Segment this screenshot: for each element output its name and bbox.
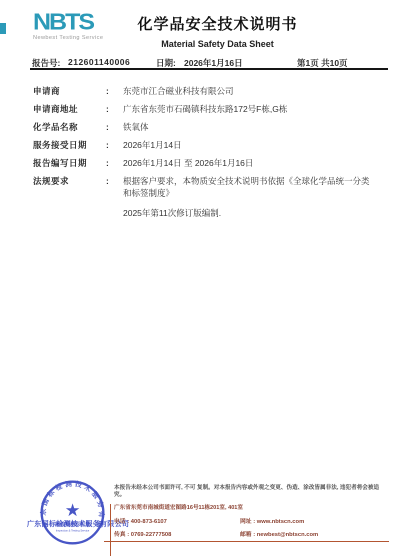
field-label: 申请商 bbox=[33, 85, 106, 97]
report-info-bar: 报告号: 212601140006 日期: 2026年1月16日 第1页 共10… bbox=[30, 56, 388, 70]
field-colon: : bbox=[106, 175, 123, 219]
field-row-applicant-address: 申请商地址 : 广东省东莞市石碣镇科技东路172号F栋,G栋 bbox=[33, 103, 373, 115]
field-colon: : bbox=[106, 157, 123, 169]
field-colon: : bbox=[106, 103, 123, 115]
phone-value: 400-873-6107 bbox=[131, 519, 167, 525]
field-row-service-accept-date: 服务接受日期 : 2026年1月14日 bbox=[33, 139, 373, 151]
field-value: 铁氧体 bbox=[123, 121, 373, 133]
report-no-label: 报告号: bbox=[32, 57, 60, 69]
footer-phone: 电话 : 400-873-6107 bbox=[114, 516, 167, 525]
email-value: newbest@nbtscn.com bbox=[257, 532, 318, 538]
field-colon: : bbox=[106, 139, 123, 151]
footer-disclaimer: 本报告未经本公司书面许可, 不可 复制。对本报告内容或外观之变更、伪造、涂改皆属… bbox=[114, 485, 386, 499]
report-date-value: 2026年1月16日 bbox=[184, 57, 243, 69]
field-row-regulatory-requirement: 法规要求 : 根据客户要求，本物质安全技术说明书依据《全球化学品统一分类和标签制… bbox=[33, 175, 373, 219]
fax-label: 传真 : bbox=[114, 532, 129, 538]
footer-vertical-rule bbox=[110, 504, 111, 556]
page-number-info: 第1页 共10页 bbox=[297, 57, 348, 69]
field-value-line2: 2025年第11次修订版编制. bbox=[123, 207, 373, 219]
footer-fax: 传真 : 0769-22777508 bbox=[114, 529, 171, 538]
footer-website: 网址 : www.nbtscn.com bbox=[240, 516, 304, 525]
msds-report-page: NBTS Newbest Testing Service 化学品安全技术说明书 … bbox=[0, 0, 393, 556]
field-label: 服务接受日期 bbox=[33, 139, 106, 151]
footer-address: 广东省东莞市南城街道宏图路16号11栋201室, 401室 bbox=[114, 503, 386, 511]
field-label: 化学品名称 bbox=[33, 121, 106, 133]
field-value: 根据客户要求，本物质安全技术说明书依据《全球化学品统一分类和标签制度》 2025… bbox=[123, 175, 373, 219]
field-colon: : bbox=[106, 85, 123, 97]
field-value: 2026年1月14日 至 2026年1月16日 bbox=[123, 157, 373, 169]
email-label: 邮箱 : bbox=[240, 532, 255, 538]
field-row-applicant: 申请商 : 东莞市江合磁业科技有限公司 bbox=[33, 85, 373, 97]
website-value: www.nbtscn.com bbox=[257, 519, 304, 525]
seal-star-icon: ★ bbox=[65, 500, 81, 520]
footer-horizontal-rule bbox=[104, 541, 389, 542]
fax-value: 0769-22777508 bbox=[131, 532, 172, 538]
field-value-line1: 根据客户要求，本物质安全技术说明书依据《全球化学品统一分类和标签制度》 bbox=[123, 176, 370, 198]
page-edge-mark bbox=[0, 23, 6, 34]
field-label: 报告编写日期 bbox=[33, 157, 106, 169]
document-title: 化学品安全技术说明书 bbox=[110, 13, 325, 34]
report-fields: 申请商 : 东莞市江合磁业科技有限公司 申请商地址 : 广东省东莞市石碣镇科技东… bbox=[33, 85, 373, 225]
phone-label: 电话 : bbox=[114, 519, 129, 525]
field-row-chemical-name: 化学品名称 : 铁氧体 bbox=[33, 121, 373, 133]
field-label: 法规要求 bbox=[33, 175, 106, 219]
field-value: 东莞市江合磁业科技有限公司 bbox=[123, 85, 373, 97]
field-colon: : bbox=[106, 121, 123, 133]
company-seal-stamp: 广东国标检测技术服务有限公司 ★ 检验检测专用章 Inspection & Te… bbox=[39, 479, 106, 546]
field-row-report-writing-date: 报告编写日期 : 2026年1月14日 至 2026年1月16日 bbox=[33, 157, 373, 169]
website-label: 网址 : bbox=[240, 519, 255, 525]
field-value: 2026年1月14日 bbox=[123, 139, 373, 151]
field-label: 申请商地址 bbox=[33, 103, 106, 115]
report-date-label: 日期: bbox=[156, 57, 176, 69]
document-subtitle: Material Safety Data Sheet bbox=[110, 39, 325, 49]
document-title-block: 化学品安全技术说明书 Material Safety Data Sheet bbox=[110, 13, 325, 49]
field-value: 广东省东莞市石碣镇科技东路172号F栋,G栋 bbox=[123, 103, 373, 115]
report-no-value: 212601140006 bbox=[68, 57, 130, 67]
footer-email: 邮箱 : newbest@nbtscn.com bbox=[240, 529, 318, 538]
